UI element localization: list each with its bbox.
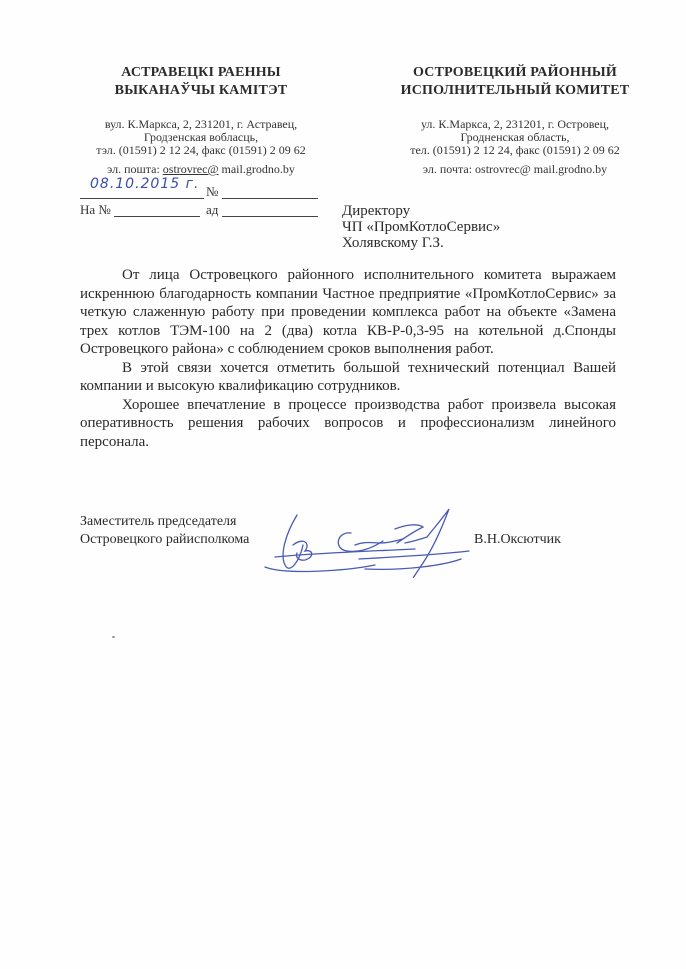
recipient-position: Директору <box>342 203 500 219</box>
letterhead-belarusian: АСТРАВЕЦКІ РАЕННЫ ВЫКАНАЎЧЫ КАМІТЭТ вул.… <box>60 0 342 180</box>
org-title-line: ОСТРОВЕЦКИЙ РАЙОННЫЙ <box>370 64 660 82</box>
org-title-line: АСТРАВЕЦКІ РАЕННЫ <box>60 64 342 82</box>
handwritten-signature-icon <box>255 505 485 585</box>
recipient-block: Директору ЧП «ПромКотлоСервис» Холявском… <box>342 203 500 251</box>
org-title-ru: ОСТРОВЕЦКИЙ РАЙОННЫЙ ИСПОЛНИТЕЛЬНЫЙ КОМИ… <box>370 64 660 100</box>
letter-body: От лица Островецкого районного исполните… <box>80 266 616 451</box>
reference-label: На № <box>80 202 111 218</box>
body-paragraph: В этой связи хочется отметить большой те… <box>80 359 616 396</box>
letterhead-russian: ОСТРОВЕЦКИЙ РАЙОННЫЙ ИСПОЛНИТЕЛЬНЫЙ КОМИ… <box>370 0 660 180</box>
email-label: эл. почта: <box>423 162 475 176</box>
org-email-ru: эл. почта: ostrovrec@ mail.grodno.by <box>370 162 660 177</box>
org-address-by: вул. К.Маркса, 2, 231201, г. Астравец, Г… <box>60 118 342 157</box>
phone-line: тэл. (01591) 2 12 24, факс (01591) 2 09 … <box>60 144 342 157</box>
recipient-company: ЧП «ПромКотлоСервис» <box>342 219 500 235</box>
recipient-name: Холявскому Г.З. <box>342 235 500 251</box>
reference-from-label: ад <box>206 202 218 218</box>
email-user: ostrovrec@ <box>475 162 531 176</box>
org-address-ru: ул. К.Маркса, 2, 231201, г. Островец, Гр… <box>370 118 660 157</box>
handwritten-date: 08.10.2015 г. <box>90 176 199 192</box>
org-email-by: эл. пошта: ostrovrec@ mail.grodno.by <box>60 162 342 177</box>
scan-speck <box>112 636 115 638</box>
registration-block: 08.10.2015 г. № На № ад <box>80 180 320 220</box>
date-underline <box>80 198 204 199</box>
email-domain: mail.grodno.by <box>531 162 607 176</box>
reference-from-underline <box>222 216 318 217</box>
body-paragraph: От лица Островецкого районного исполните… <box>80 266 616 359</box>
phone-line: тел. (01591) 2 12 24, факс (01591) 2 09 … <box>370 144 660 157</box>
letter-page: АСТРАВЕЦКІ РАЕННЫ ВЫКАНАЎЧЫ КАМІТЭТ вул.… <box>0 0 686 969</box>
email-label: эл. пошта: <box>107 162 163 176</box>
reference-underline <box>114 216 200 217</box>
email-link[interactable]: ostrovrec@ <box>163 162 219 176</box>
body-paragraph: Хорошее впечатление в процессе производс… <box>80 396 616 452</box>
org-title-line: ВЫКАНАЎЧЫ КАМІТЭТ <box>60 82 342 100</box>
org-title-line: ИСПОЛНИТЕЛЬНЫЙ КОМИТЕТ <box>370 82 660 100</box>
org-title-by: АСТРАВЕЦКІ РАЕННЫ ВЫКАНАЎЧЫ КАМІТЭТ <box>60 64 342 100</box>
number-label: № <box>206 184 218 200</box>
date-number-row: 08.10.2015 г. № <box>80 180 320 200</box>
reference-row: На № ад <box>80 200 320 220</box>
number-underline <box>222 198 318 199</box>
signer-name: В.Н.Оксютчик <box>474 531 561 549</box>
email-domain: mail.grodno.by <box>219 162 295 176</box>
